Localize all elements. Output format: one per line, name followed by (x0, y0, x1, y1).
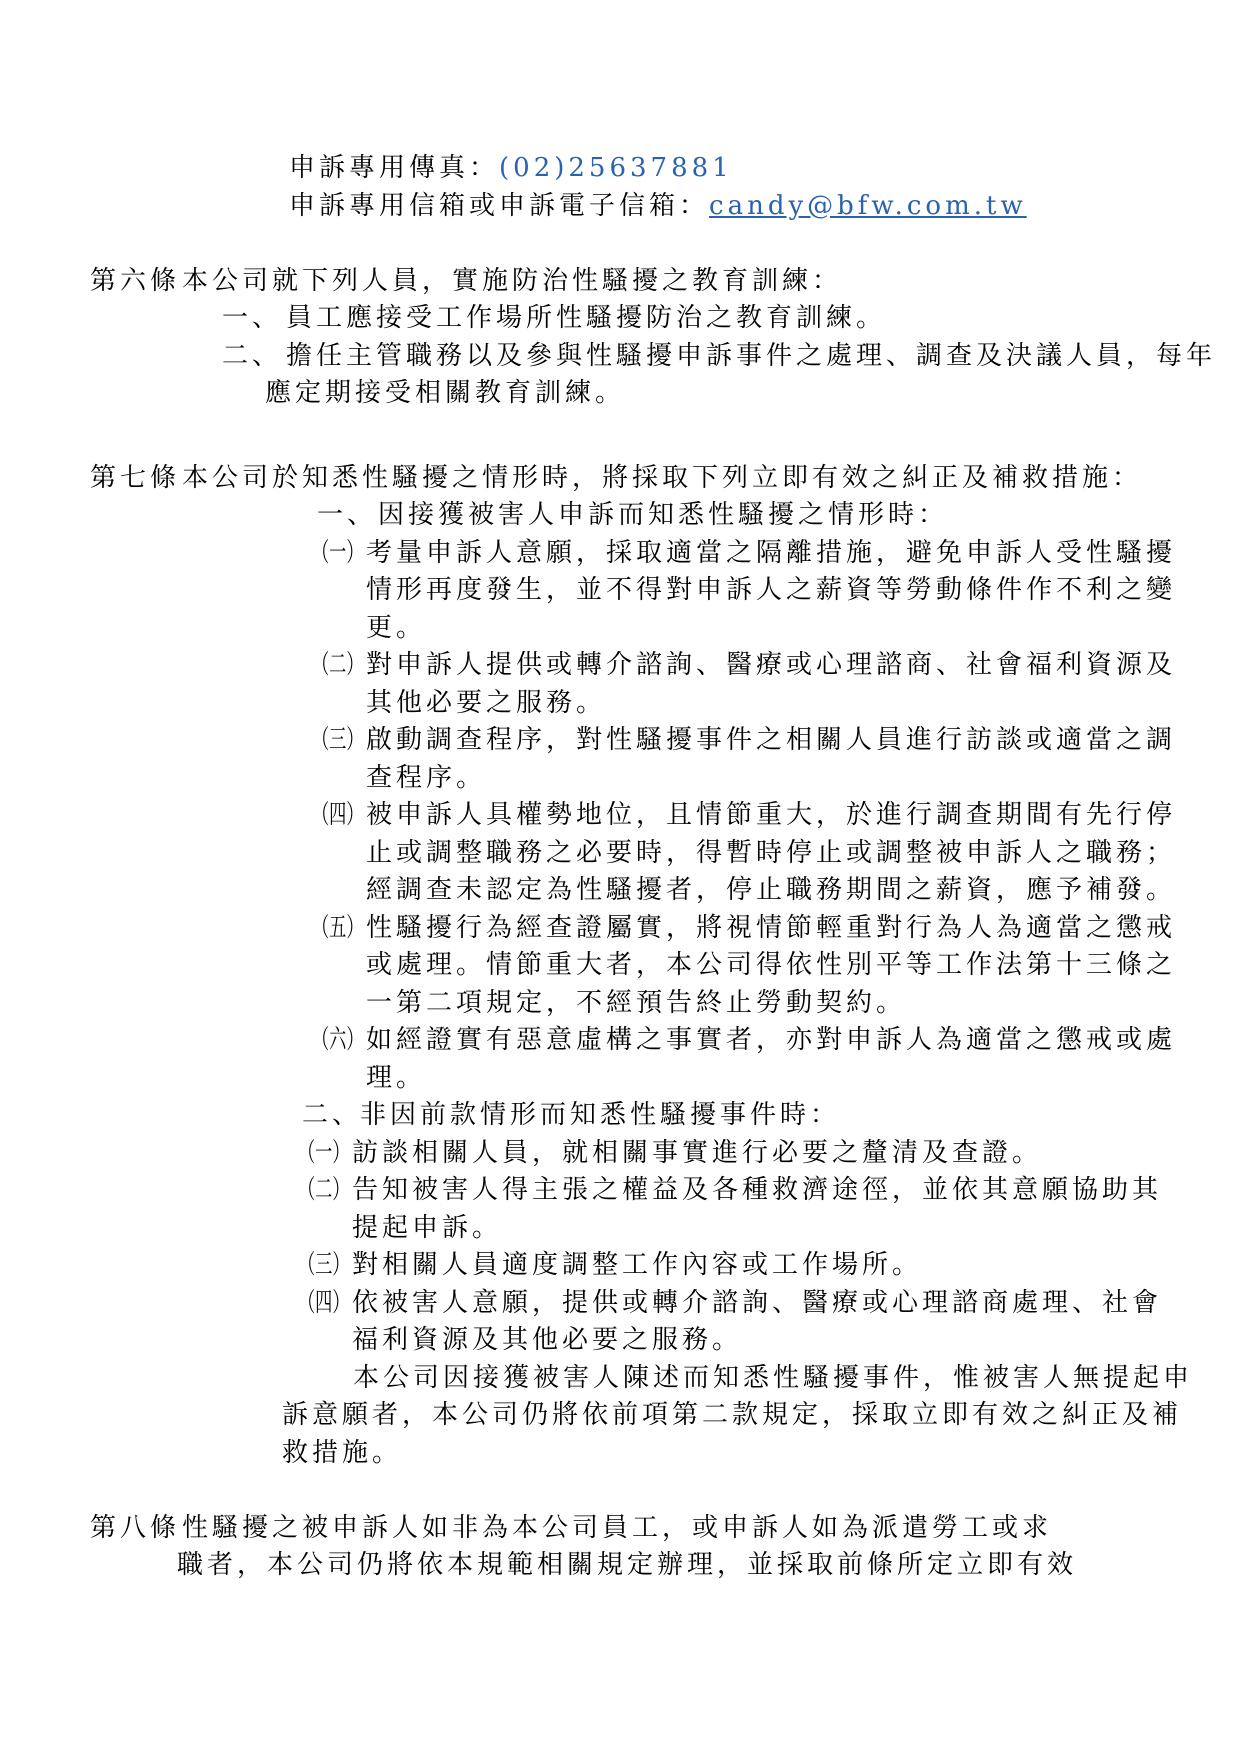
subitem-1-1-wrap: 更。 (0, 610, 1241, 648)
subitem-2-4-wrap: 福利資源及其他必要之服務。 (0, 1322, 1241, 1360)
subitem-1-5-wrap: 一第二項規定，不經預告終止勞動契約。 (0, 985, 1241, 1023)
subitem-marker: （一） (298, 1135, 349, 1173)
subitem-2-2-wrap: 提起申訴。 (0, 1210, 1241, 1248)
article7-heading: 第七條 本公司於知悉性騷擾之情形時，將採取下列立即有效之糾正及補救措施： (0, 460, 1241, 498)
subitem-1-3-wrap: 查程序。 (0, 760, 1241, 798)
article6-item2-wrap: 應定期接受相關教育訓練。 (0, 375, 1241, 413)
fax-label: 申訴專用傳真： (289, 153, 499, 183)
article6-title: 本公司就下列人員，實施防治性騷擾之教育訓練： (182, 266, 842, 296)
subitem-marker: （四） (312, 797, 363, 835)
document-page: 申訴專用傳真：(02)25637881 申訴專用信箱或申訴電子信箱：candy@… (0, 0, 1241, 1754)
article7-title: 本公司於知悉性騷擾之情形時，將採取下列立即有效之糾正及補救措施： (182, 463, 1142, 493)
subitem-1-1: （一） 考量申訴人意願，採取適當之隔離措施，避免申訴人受性騷擾 (0, 535, 1241, 573)
subitem-2-1: （一） 訪談相關人員，就相關事實進行必要之釐清及查證。 (0, 1135, 1241, 1173)
list-marker: 一、 (222, 300, 282, 338)
subitem-1-3: （三） 啟動調查程序，對性騷擾事件之相關人員進行訪談或適當之調 (0, 722, 1241, 760)
closing-paragraph-line: 本公司因接獲被害人陳述而知悉性騷擾事件，惟被害人無提起申 (0, 1360, 1241, 1398)
subitem-line: 被申訴人具權勢地位，且情節重大，於進行調查期間有先行停 (366, 800, 1176, 830)
article8-heading: 第八條 性騷擾之被申訴人如非為本公司員工，或申訴人如為派遣勞工或求 (0, 1510, 1241, 1548)
subitem-1-2-wrap: 其他必要之服務。 (0, 685, 1241, 723)
subitem-line: 訪談相關人員，就相關事實進行必要之釐清及查證。 (352, 1138, 1042, 1168)
clause-text: 因接獲被害人申訴而知悉性騷擾之情形時： (378, 500, 948, 530)
subitem-1-2: （二） 對申訴人提供或轉介諮詢、醫療或心理諮商、社會福利資源及 (0, 647, 1241, 685)
subitem-1-4: （四） 被申訴人具權勢地位，且情節重大，於進行調查期間有先行停 (0, 797, 1241, 835)
blank-line (0, 413, 1241, 460)
clause2-line: 二、 非因前款情形而知悉性騷擾事件時： (0, 1097, 1241, 1135)
subitem-marker: （一） (312, 535, 363, 573)
subitem-1-6: （六） 如經證實有惡意虛構之事實者，亦對申訴人為適當之懲戒或處 (0, 1022, 1241, 1060)
subitem-line: 如經證實有惡意虛構之事實者，亦對申訴人為適當之懲戒或處 (366, 1025, 1176, 1055)
subitem-marker: （二） (312, 647, 363, 685)
subitem-marker: （二） (298, 1172, 349, 1210)
subitem-line: 告知被害人得主張之權益及各種救濟途徑，並依其意願協助其 (352, 1175, 1162, 1205)
article6-heading: 第六條 本公司就下列人員，實施防治性騷擾之教育訓練： (0, 263, 1241, 301)
list-marker: 二、 (222, 338, 282, 376)
subitem-2-2: （二） 告知被害人得主張之權益及各種救濟途徑，並依其意願協助其 (0, 1172, 1241, 1210)
subitem-1-6-wrap: 理。 (0, 1060, 1241, 1098)
subitem-1-4-wrap: 經調查未認定為性騷擾者，停止職務期間之薪資，應予補發。 (0, 872, 1241, 910)
subitem-marker: （五） (312, 910, 363, 948)
subitem-line: 對申訴人提供或轉介諮詢、醫療或心理諮商、社會福利資源及 (366, 650, 1176, 680)
closing-paragraph-line: 救措施。 (0, 1435, 1241, 1473)
subitem-1-4-wrap: 止或調整職務之必要時，得暫時停止或調整被申訴人之職務； (0, 835, 1241, 873)
article8-number: 第八條 (90, 1510, 180, 1548)
subitem-line: 依被害人意願，提供或轉介諮詢、醫療或心理諮商處理、社會 (352, 1288, 1162, 1318)
subitem-marker: （四） (298, 1285, 349, 1323)
closing-paragraph-line: 訴意願者，本公司仍將依前項第二款規定，採取立即有效之糾正及補 (0, 1397, 1241, 1435)
subitem-marker: （三） (298, 1247, 349, 1285)
subitem-line: 對相關人員適度調整工作內容或工作場所。 (352, 1250, 922, 1280)
subitem-line: 考量申訴人意願，採取適當之隔離措施，避免申訴人受性騷擾 (366, 538, 1176, 568)
clause-marker: 一、 (317, 497, 377, 535)
list-item-line: 擔任主管職務以及參與性騷擾申訴事件之處理、調查及決議人員，每年 (286, 341, 1216, 371)
article6-item1: 一、 員工應接受工作場所性騷擾防治之教育訓練。 (0, 300, 1241, 338)
email-label: 申訴專用信箱或申訴電子信箱： (289, 191, 709, 221)
article6-item2: 二、 擔任主管職務以及參與性騷擾申訴事件之處理、調查及決議人員，每年 (0, 338, 1241, 376)
blank-line (0, 225, 1241, 263)
subitem-marker: （三） (312, 722, 363, 760)
list-item-line: 員工應接受工作場所性騷擾防治之教育訓練。 (286, 303, 886, 333)
email-line: 申訴專用信箱或申訴電子信箱：candy@bfw.com.tw (0, 188, 1241, 226)
article8-line: 性騷擾之被申訴人如非為本公司員工，或申訴人如為派遣勞工或求 (182, 1513, 1052, 1543)
subitem-1-5-wrap: 或處理。情節重大者，本公司得依性別平等工作法第十三條之 (0, 947, 1241, 985)
clause-marker: 二、 (302, 1097, 362, 1135)
article6-number: 第六條 (90, 263, 180, 301)
subitem-2-4: （四） 依被害人意願，提供或轉介諮詢、醫療或心理諮商處理、社會 (0, 1285, 1241, 1323)
fax-number: (02)25637881 (499, 153, 733, 183)
clause-text: 非因前款情形而知悉性騷擾事件時： (360, 1100, 840, 1130)
fax-line: 申訴專用傳真：(02)25637881 (0, 150, 1241, 188)
subitem-1-5: （五） 性騷擾行為經查證屬實，將視情節輕重對行為人為適當之懲戒 (0, 910, 1241, 948)
subitem-2-3: （三） 對相關人員適度調整工作內容或工作場所。 (0, 1247, 1241, 1285)
document-body: 申訴專用傳真：(02)25637881 申訴專用信箱或申訴電子信箱：candy@… (0, 150, 1241, 1585)
clause1-line: 一、 因接獲被害人申訴而知悉性騷擾之情形時： (0, 497, 1241, 535)
subitem-marker: （六） (312, 1022, 363, 1060)
email-link[interactable]: candy@bfw.com.tw (709, 191, 1027, 221)
blank-line (0, 1472, 1241, 1510)
article8-wrap: 職者，本公司仍將依本規範相關規定辦理，並採取前條所定立即有效 (0, 1547, 1241, 1585)
article7-number: 第七條 (90, 460, 180, 498)
subitem-line: 啟動調查程序，對性騷擾事件之相關人員進行訪談或適當之調 (366, 725, 1176, 755)
subitem-line: 性騷擾行為經查證屬實，將視情節輕重對行為人為適當之懲戒 (366, 913, 1176, 943)
subitem-1-1-wrap: 情形再度發生，並不得對申訴人之薪資等勞動條件作不利之變 (0, 572, 1241, 610)
